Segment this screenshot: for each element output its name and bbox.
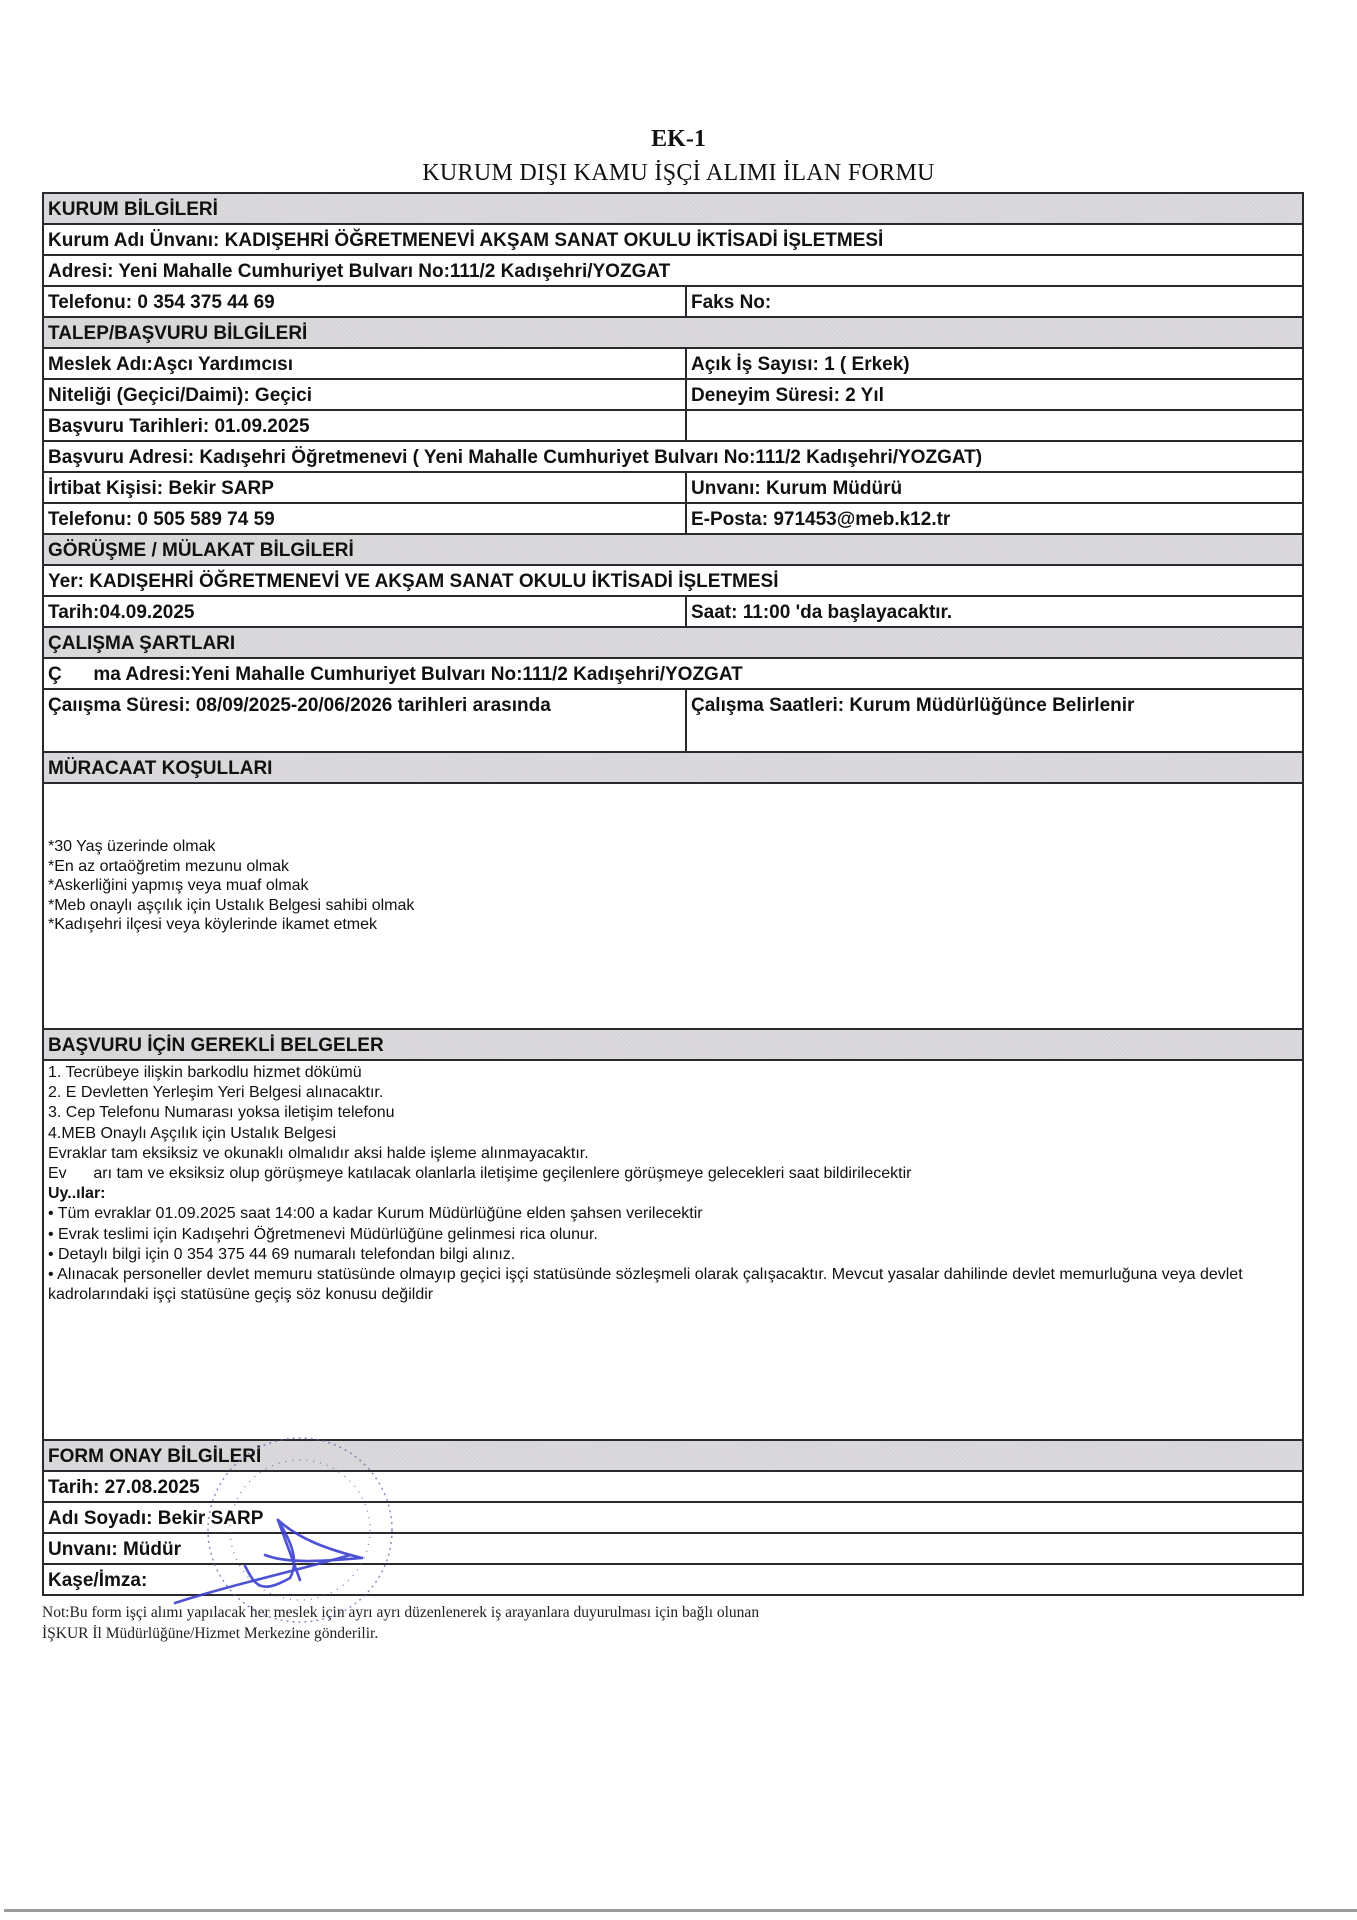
note-line-1: Not:Bu form işçi alımı yapılacak her mes… [42, 1602, 759, 1623]
table-row: Adı Soyadı: Bekir SARP [44, 1503, 1302, 1534]
section-header-kurum: KURUM BİLGİLERİ [44, 194, 1302, 225]
onay-tarih: Tarih: 27.08.2025 [44, 1472, 1302, 1501]
document-title: KURUM DIŞI KAMU İŞÇİ ALIMI İLAN FORMU [0, 160, 1357, 187]
talep-header: TALEP/BAŞVURU BİLGİLERİ [44, 318, 1302, 347]
gorusme-saat: Saat: 11:00 'da başlayacaktır. [687, 597, 1302, 626]
list-item: *En az ortaöğretim mezunu olmak [48, 857, 1302, 877]
table-row: Kurum Adı Ünvanı: KADIŞEHRİ ÖĞRETMENEVİ … [44, 225, 1302, 256]
list-item: • Alınacak personeller devlet memuru sta… [48, 1265, 1302, 1305]
list-item: 2. E Devletten Yerleşim Yeri Belgesi alı… [48, 1083, 1302, 1103]
basvuru-tarihleri: Başvuru Tarihleri: 01.09.2025 [44, 411, 687, 440]
list-item: Ev arı tam ve eksiksiz olup görüşmeye ka… [48, 1164, 1302, 1184]
uyarilar-label: Uy..ılar: [48, 1184, 1302, 1204]
gorusme-header: GÖRÜŞME / MÜLAKAT BİLGİLERİ [44, 535, 1302, 564]
list-item: 3. Cep Telefonu Numarası yoksa iletişim … [48, 1103, 1302, 1123]
list-item: *30 Yaş üzerinde olmak [48, 837, 1302, 857]
niteligi: Niteliği (Geçici/Daimi): Geçici [44, 380, 687, 409]
calisma-header: ÇALIŞMA ŞARTLARI [44, 628, 1302, 657]
list-item: 1. Tecrübeye ilişkin barkodlu hizmet dök… [48, 1063, 1302, 1083]
gorusme-tarih: Tarih:04.09.2025 [44, 597, 687, 626]
table-row: Tarih: 27.08.2025 [44, 1472, 1302, 1503]
table-row: Başvuru Tarihleri: 01.09.2025 [44, 411, 1302, 442]
irtibat-eposta: E-Posta: 971453@meb.k12.tr [687, 504, 1302, 533]
section-header-muracaat: MÜRACAAT KOŞULLARI [44, 753, 1302, 784]
calisma-suresi: Çaıışma Süresi: 08/09/2025-20/06/2026 ta… [44, 690, 687, 751]
gorusme-yer: Yer: KADIŞEHRİ ÖĞRETMENEVİ VE AKŞAM SANA… [44, 566, 1302, 595]
table-row: Adresi: Yeni Mahalle Cumhuriyet Bulvarı … [44, 256, 1302, 287]
onay-adi-soyadi: Adı Soyadı: Bekir SARP [44, 1503, 1302, 1532]
belgeler-header: BAŞVURU İÇİN GEREKLİ BELGELER [44, 1030, 1302, 1059]
section-header-gorusme: GÖRÜŞME / MÜLAKAT BİLGİLERİ [44, 535, 1302, 566]
note-line-2: İŞKUR İl Müdürlüğüne/Hizmet Merkezine gö… [42, 1623, 759, 1644]
table-row: Telefonu: 0 354 375 44 69 Faks No: [44, 287, 1302, 318]
basvuru-adresi: Başvuru Adresi: Kadışehri Öğretmenevi ( … [44, 442, 1302, 471]
empty-cell [687, 411, 1302, 440]
section-header-onay: FORM ONAY BİLGİLERİ [44, 1441, 1302, 1472]
kurum-faks: Faks No: [687, 287, 1302, 316]
acik-is-sayisi: Açık İş Sayısı: 1 ( Erkek) [687, 349, 1302, 378]
section-header-calisma: ÇALIŞMA ŞARTLARI [44, 628, 1302, 659]
onay-unvan: Unvanı: Müdür [44, 1534, 1302, 1563]
table-row: Başvuru Adresi: Kadışehri Öğretmenevi ( … [44, 442, 1302, 473]
table-row: Unvanı: Müdür [44, 1534, 1302, 1565]
list-item: • Evrak teslimi için Kadışehri Öğretmene… [48, 1225, 1302, 1245]
list-item: *Kadışehri ilçesi veya köylerinde ikamet… [48, 915, 1302, 935]
table-row: Kaşe/İmza: [44, 1565, 1302, 1596]
document-code: EK-1 [0, 126, 1357, 153]
irtibat-telefon: Telefonu: 0 505 589 74 59 [44, 504, 687, 533]
muracaat-list: *30 Yaş üzerinde olmak *En az ortaöğreti… [44, 784, 1302, 1030]
meslek-adi: Meslek Adı:Aşcı Yardımcısı [44, 349, 687, 378]
form-table: KURUM BİLGİLERİ Kurum Adı Ünvanı: KADIŞE… [42, 192, 1304, 1596]
section-header-belgeler: BAŞVURU İÇİN GEREKLİ BELGELER [44, 1030, 1302, 1061]
table-row: Telefonu: 0 505 589 74 59 E-Posta: 97145… [44, 504, 1302, 535]
onay-header: FORM ONAY BİLGİLERİ [44, 1441, 1302, 1470]
table-row: Meslek Adı:Aşcı Yardımcısı Açık İş Sayıs… [44, 349, 1302, 380]
table-row: Ç ma Adresi:Yeni Mahalle Cumhuriyet Bulv… [44, 659, 1302, 690]
kurum-adres: Adresi: Yeni Mahalle Cumhuriyet Bulvarı … [44, 256, 1302, 285]
page-bottom-rule [4, 1909, 1357, 1912]
irtibat-unvan: Unvanı: Kurum Müdürü [687, 473, 1302, 502]
kurum-adi: Kurum Adı Ünvanı: KADIŞEHRİ ÖĞRETMENEVİ … [44, 225, 1302, 254]
list-item: *Askerliğini yapmış veya muaf olmak [48, 876, 1302, 896]
list-item: • Tüm evraklar 01.09.2025 saat 14:00 a k… [48, 1204, 1302, 1224]
deneyim-suresi: Deneyim Süresi: 2 Yıl [687, 380, 1302, 409]
list-item: *Meb onaylı aşçılık için Ustalık Belgesi… [48, 896, 1302, 916]
table-row: Niteliği (Geçici/Daimi): Geçici Deneyim … [44, 380, 1302, 411]
muracaat-header: MÜRACAAT KOŞULLARI [44, 753, 1302, 782]
table-row: Tarih:04.09.2025 Saat: 11:00 'da başlaya… [44, 597, 1302, 628]
table-row: Yer: KADIŞEHRİ ÖĞRETMENEVİ VE AKŞAM SANA… [44, 566, 1302, 597]
table-row: İrtibat Kişisi: Bekir SARP Unvanı: Kurum… [44, 473, 1302, 504]
list-item: Evraklar tam eksiksiz ve okunaklı olmalı… [48, 1144, 1302, 1164]
kurum-telefon: Telefonu: 0 354 375 44 69 [44, 287, 687, 316]
list-item: 4.MEB Onaylı Aşçılık için Ustalık Belges… [48, 1124, 1302, 1144]
calisma-adresi: Ç ma Adresi:Yeni Mahalle Cumhuriyet Bulv… [44, 659, 1302, 688]
list-item: • Detaylı bilgi için 0 354 375 44 69 num… [48, 1245, 1302, 1265]
table-row: Çaıışma Süresi: 08/09/2025-20/06/2026 ta… [44, 690, 1302, 753]
calisma-saatleri: Çalışma Saatleri: Kurum Müdürlüğünce Bel… [687, 690, 1302, 751]
irtibat-kisisi: İrtibat Kişisi: Bekir SARP [44, 473, 687, 502]
section-header-talep: TALEP/BAŞVURU BİLGİLERİ [44, 318, 1302, 349]
kurum-header: KURUM BİLGİLERİ [44, 194, 1302, 223]
onay-kase-imza: Kaşe/İmza: [44, 1565, 1302, 1594]
footer-note: Not:Bu form işçi alımı yapılacak her mes… [42, 1602, 759, 1644]
belgeler-list: 1. Tecrübeye ilişkin barkodlu hizmet dök… [44, 1061, 1302, 1441]
